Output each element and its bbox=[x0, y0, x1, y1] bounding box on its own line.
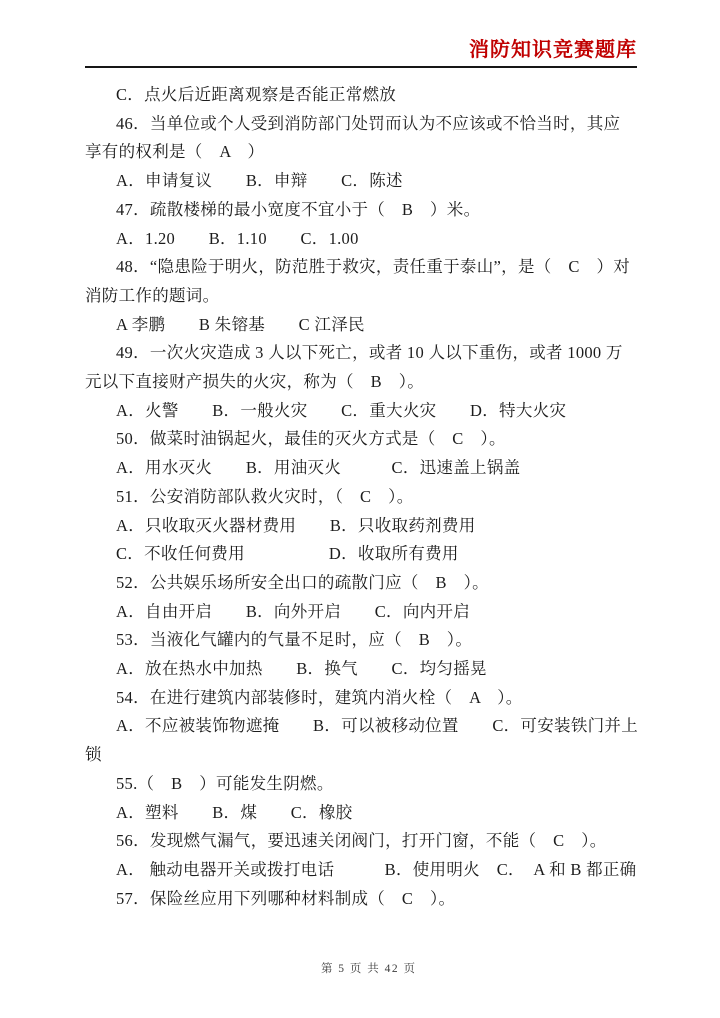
option-line: A．塑料 B．煤 C．橡胶 bbox=[85, 799, 660, 828]
question-line: 55.（ B ）可能发生阴燃。 bbox=[85, 770, 660, 799]
continuation-line: 元以下直接财产损失的火灾，称为（ B ）。 bbox=[85, 368, 660, 397]
question-line: 47．疏散楼梯的最小宽度不宜小于（ B ）米。 bbox=[85, 196, 660, 225]
question-line: 53．当液化气罐内的气量不足时，应（ B ）。 bbox=[85, 626, 660, 655]
option-line: A．1.20 B．1.10 C．1.00 bbox=[85, 225, 660, 254]
question-line: 54．在进行建筑内部装修时，建筑内消火栓（ A ）。 bbox=[85, 684, 660, 713]
question-line: 56．发现燃气漏气，要迅速关闭阀门，打开门窗，不能（ C ）。 bbox=[85, 827, 660, 856]
option-line: C．点火后近距离观察是否能正常燃放 bbox=[85, 81, 660, 110]
question-line: 57．保险丝应用下列哪种材料制成（ C ）。 bbox=[85, 885, 660, 914]
option-line: C．不收任何费用 D．收取所有费用 bbox=[85, 540, 660, 569]
page-header: 消防知识竞赛题库 bbox=[85, 38, 637, 68]
question-line: 51．公安消防部队救火灾时，（ C ）。 bbox=[85, 483, 660, 512]
page-title: 消防知识竞赛题库 bbox=[85, 38, 637, 62]
continuation-line: 消防工作的题词。 bbox=[85, 282, 660, 311]
page-number-label: 第 5 页 共 42 页 bbox=[321, 963, 417, 975]
content-lines: C．点火后近距离观察是否能正常燃放46．当单位或个人受到消防部门处罚而认为不应该… bbox=[85, 81, 660, 913]
question-line: 50．做菜时油锅起火，最佳的灭火方式是（ C ）。 bbox=[85, 425, 660, 454]
page-footer: 第 5 页 共 42 页 bbox=[0, 948, 720, 988]
question-line: 52．公共娱乐场所安全出口的疏散门应（ B ）。 bbox=[85, 569, 660, 598]
question-line: 49．一次火灾造成 3 人以下死亡，或者 10 人以下重伤，或者 1000 万 bbox=[85, 339, 660, 368]
option-line: A．申请复议 B．申辩 C．陈述 bbox=[85, 167, 660, 196]
option-line: A．火警 B．一般火灾 C．重大火灾 D．特大火灾 bbox=[85, 397, 660, 426]
option-line: A．放在热水中加热 B．换气 C．均匀摇晃 bbox=[85, 655, 660, 684]
option-line: A． 触动电器开关或拨打电话 B．使用明火 C． A 和 B 都正确 bbox=[85, 856, 660, 885]
option-line: A 李鹏 B 朱镕基 C 江泽民 bbox=[85, 311, 660, 340]
document-content: C．点火后近距离观察是否能正常燃放46．当单位或个人受到消防部门处罚而认为不应该… bbox=[85, 81, 660, 913]
question-line: 46．当单位或个人受到消防部门处罚而认为不应该或不恰当时，其应 bbox=[85, 110, 660, 139]
continuation-line: 锁 bbox=[85, 741, 660, 770]
document-page: 消防知识竞赛题库 C．点火后近距离观察是否能正常燃放46．当单位或个人受到消防部… bbox=[0, 0, 720, 1018]
option-line: A．用水灭火 B．用油灭火 C．迅速盖上锅盖 bbox=[85, 454, 660, 483]
option-line: A．只收取灭火器材费用 B．只收取药剂费用 bbox=[85, 512, 660, 541]
option-line: A．不应被装饰物遮掩 B．可以被移动位置 C．可安装铁门并上 bbox=[85, 712, 660, 741]
option-line: A．自由开启 B．向外开启 C．向内开启 bbox=[85, 598, 660, 627]
continuation-line: 享有的权利是（ A ） bbox=[85, 138, 660, 167]
question-line: 48．“隐患险于明火，防范胜于救灾，责任重于泰山”，是（ C ）对 bbox=[85, 253, 660, 282]
